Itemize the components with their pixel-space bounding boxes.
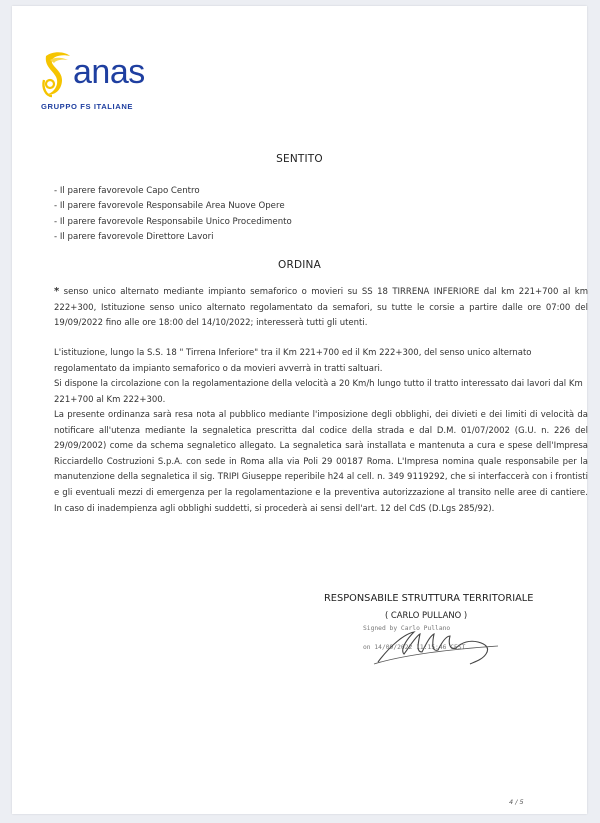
ordina-heading: ORDINA [12,259,587,271]
ordina-paragraph-3: La presente ordinanza sarà resa nota al … [54,408,588,517]
ordina-paragraph-2: Si dispone la circolazione con la regola… [54,377,588,408]
list-item: - Il parere favorevole Direttore Lavori [54,230,292,245]
page-number: 4 / 5 [509,798,524,806]
sentito-list: - Il parere favorevole Capo Centro - Il … [54,184,292,245]
document-page: anas GRUPPO FS ITALIANE SENTITO - Il par… [12,6,587,814]
sentito-heading: SENTITO [12,153,587,165]
logo-wordmark: anas [73,55,145,89]
logo-subtitle: GRUPPO FS ITALIANE [41,102,133,111]
list-item: - Il parere favorevole Responsabile Area… [54,199,292,214]
anas-swirl-icon [40,50,74,100]
signatory-name: ( CARLO PULLANO ) [385,610,467,620]
anas-logo: anas GRUPPO FS ITALIANE [40,50,160,120]
ordina-first-paragraph: * senso unico alternato mediante impiant… [54,284,588,332]
ordina-paragraph-1: L'istituzione, lungo la S.S. 18 " Tirren… [54,346,588,377]
list-item: - Il parere favorevole Responsabile Unic… [54,215,292,230]
signatory-title: RESPONSABILE STRUTTURA TERRITORIALE [324,593,533,604]
first-paragraph-text: senso unico alternato mediante impianto … [54,287,588,328]
handwritten-signature-icon [370,626,505,666]
list-item: - Il parere favorevole Capo Centro [54,184,292,199]
